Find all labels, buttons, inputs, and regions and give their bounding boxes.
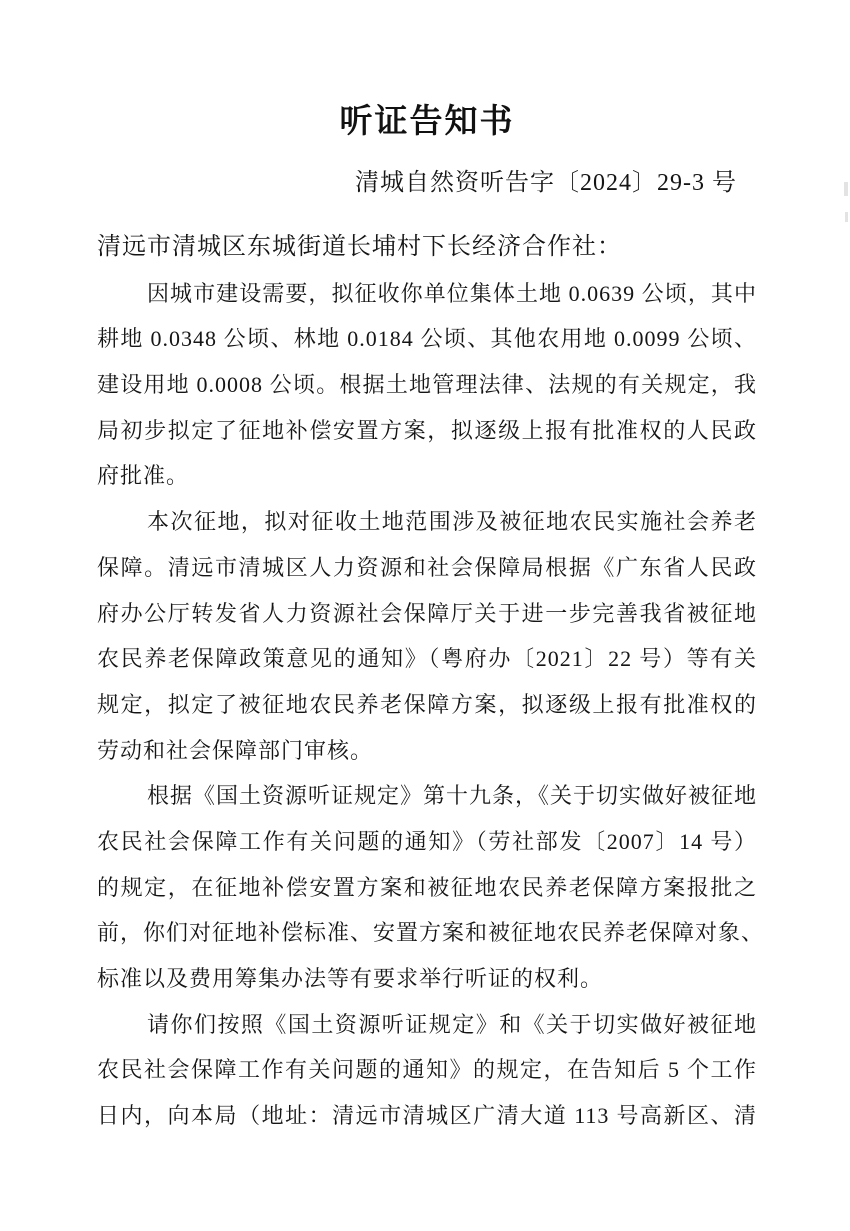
text-line: 规定，拟定了被征地农民养老保障方案，拟逐级上报有批准权的: [97, 682, 757, 728]
text-line: 本次征地，拟对征收土地范围涉及被征地农民实施社会养老: [97, 499, 757, 545]
document-body: 因城市建设需要，拟征收你单位集体土地 0.0639 公顷，其中耕地 0.0348…: [97, 271, 757, 1139]
text-line: 前，你们对征地补偿标准、安置方案和被征地农民养老保障对象、: [97, 910, 757, 956]
document-title: 听证告知书: [97, 104, 757, 140]
text-line: 农民养老保障政策意见的通知》（粤府办〔2021〕22 号）等有关: [97, 636, 757, 682]
text-line: 日内，向本局（地址：清远市清城区广清大道 113 号高新区、清: [97, 1093, 757, 1139]
text-line: 的规定，在征地补偿安置方案和被征地农民养老保障方案报批之: [97, 865, 757, 911]
paragraph: 本次征地，拟对征收土地范围涉及被征地农民实施社会养老保障。清远市清城区人力资源和…: [97, 499, 757, 773]
paragraph: 请你们按照《国土资源听证规定》和《关于切实做好被征地农民社会保障工作有关问题的通…: [97, 1002, 757, 1139]
text-line: 府办公厅转发省人力资源社会保障厅关于进一步完善我省被征地: [97, 591, 757, 637]
text-line: 耕地 0.0348 公顷、林地 0.0184 公顷、其他农用地 0.0099 公…: [97, 316, 757, 362]
text-line: 劳动和社会保障部门审核。: [97, 728, 757, 774]
text-line: 标准以及费用筹集办法等有要求举行听证的权利。: [97, 956, 757, 1002]
text-line: 根据《国土资源听证规定》第十九条，《关于切实做好被征地: [97, 773, 757, 819]
paragraph: 根据《国土资源听证规定》第十九条，《关于切实做好被征地农民社会保障工作有关问题的…: [97, 773, 757, 1001]
text-line: 因城市建设需要，拟征收你单位集体土地 0.0639 公顷，其中: [97, 271, 757, 317]
text-line: 保障。清远市清城区人力资源和社会保障局根据《广东省人民政: [97, 545, 757, 591]
document-page: 听证告知书 清城自然资听告字〔2024〕29-3 号 清远市清城区东城街道长埔村…: [0, 0, 850, 1231]
text-line: 农民社会保障工作有关问题的通知》（劳社部发〔2007〕14 号）: [97, 819, 757, 865]
addressee-line: 清远市清城区东城街道长埔村下长经济合作社：: [97, 225, 757, 271]
scan-artifact: [844, 182, 848, 196]
scan-artifact: [845, 212, 848, 222]
text-line: 府批准。: [97, 453, 757, 499]
text-line: 农民社会保障工作有关问题的通知》的规定，在告知后 5 个工作: [97, 1047, 757, 1093]
paragraph: 因城市建设需要，拟征收你单位集体土地 0.0639 公顷，其中耕地 0.0348…: [97, 271, 757, 499]
text-line: 局初步拟定了征地补偿安置方案，拟逐级上报有批准权的人民政: [97, 408, 757, 454]
document-number: 清城自然资听告字〔2024〕29-3 号: [97, 168, 757, 198]
text-line: 请你们按照《国土资源听证规定》和《关于切实做好被征地: [97, 1002, 757, 1048]
text-line: 建设用地 0.0008 公顷。根据土地管理法律、法规的有关规定，我: [97, 362, 757, 408]
